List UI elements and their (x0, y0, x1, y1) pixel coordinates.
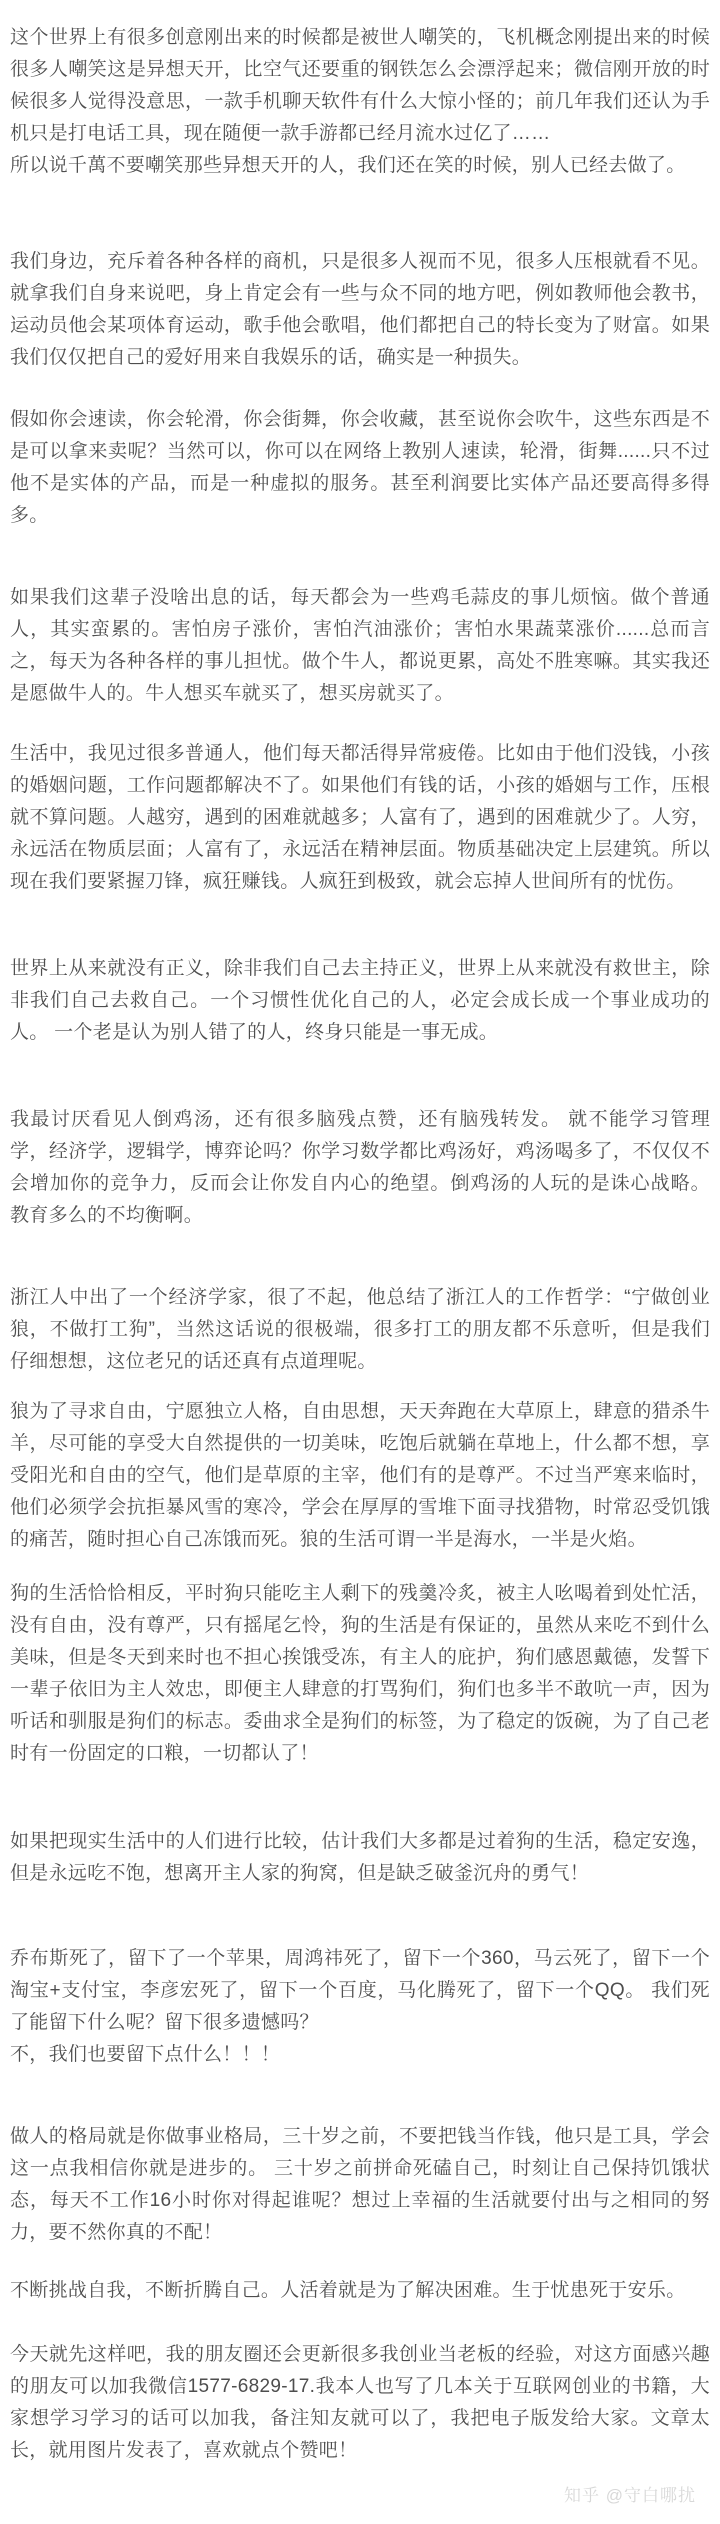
article-image-page: 这个世界上有很多创意刚出来的时候都是被世人嘲笑的，飞机概念刚提出来的时候很多人嘲… (0, 0, 720, 2524)
article-paragraph: 世界上从来就没有正义，除非我们自己去主持正义，世界上从来就没有救世主，除非我们自… (10, 953, 710, 1049)
zhihu-watermark: 知乎 @守白哪扰 (10, 2481, 710, 2524)
article-paragraph: 如果把现实生活中的人们进行比较，估计我们大多都是过着狗的生活，稳定安逸，但是永远… (10, 1826, 710, 1890)
article-paragraph: 我最讨厌看见人倒鸡汤，还有很多脑残点赞，还有脑残转发。 就不能学习管理学，经济学… (10, 1104, 710, 1232)
article-paragraph: 如果我们这辈子没啥出息的话，每天都会为一些鸡毛蒜皮的事儿烦恼。做个普通人，其实蛮… (10, 582, 710, 710)
article-paragraph: 生活中，我见过很多普通人，他们每天都活得异常疲倦。比如由于他们没钱，小孩的婚姻问… (10, 738, 710, 898)
article-paragraph: 不，我们也要留下点什么！！！ (10, 2039, 710, 2071)
article-paragraph: 狼为了寻求自由，宁愿独立人格，自由思想，天天奔跑在大草原上，肆意的猎杀牛羊，尽可… (10, 1396, 710, 1556)
watermark-author-handle: @守白哪扰 (606, 2486, 696, 2505)
article-paragraph: 我们身边，充斥着各种各样的商机，只是很多人视而不见，很多人压根就看不见。就拿我们… (10, 246, 710, 374)
article-paragraph: 所以说千萬不要嘲笑那些异想天开的人，我们还在笑的时候，别人已经去做了。 (10, 150, 710, 182)
article-paragraph: 假如你会速读，你会轮滑，你会街舞，你会收藏，甚至说你会吹牛，这些东西是不是可以拿… (10, 404, 710, 532)
watermark-site-name: 知乎 (564, 2486, 600, 2505)
article-paragraph: 狗的生活恰恰相反，平时狗只能吃主人剩下的残羹冷炙，被主人吆喝着到处忙活，没有自由… (10, 1578, 710, 1770)
article-paragraph: 今天就先这样吧，我的朋友圈还会更新很多我创业当老板的经验，对这方面感兴趣的朋友可… (10, 2339, 710, 2467)
article-paragraph: 这个世界上有很多创意刚出来的时候都是被世人嘲笑的，飞机概念刚提出来的时候很多人嘲… (10, 22, 710, 150)
article-paragraph: 乔布斯死了，留下了一个苹果，周鸿祎死了，留下一个360，马云死了，留下一个淘宝+… (10, 1943, 710, 2039)
article-paragraph: 不断挑战自我，不断折腾自己。人活着就是为了解决困难。生于忧患死于安乐。 (10, 2275, 710, 2307)
article-paragraph: 做人的格局就是你做事业格局，三十岁之前，不要把钱当作钱，他只是工具，学会这一点我… (10, 2121, 710, 2249)
article-paragraph: 浙江人中出了一个经济学家，很了不起，他总结了浙江人的工作哲学：“宁做创业狼，不做… (10, 1282, 710, 1378)
article-body: 这个世界上有很多创意刚出来的时候都是被世人嘲笑的，飞机概念刚提出来的时候很多人嘲… (10, 22, 710, 2467)
